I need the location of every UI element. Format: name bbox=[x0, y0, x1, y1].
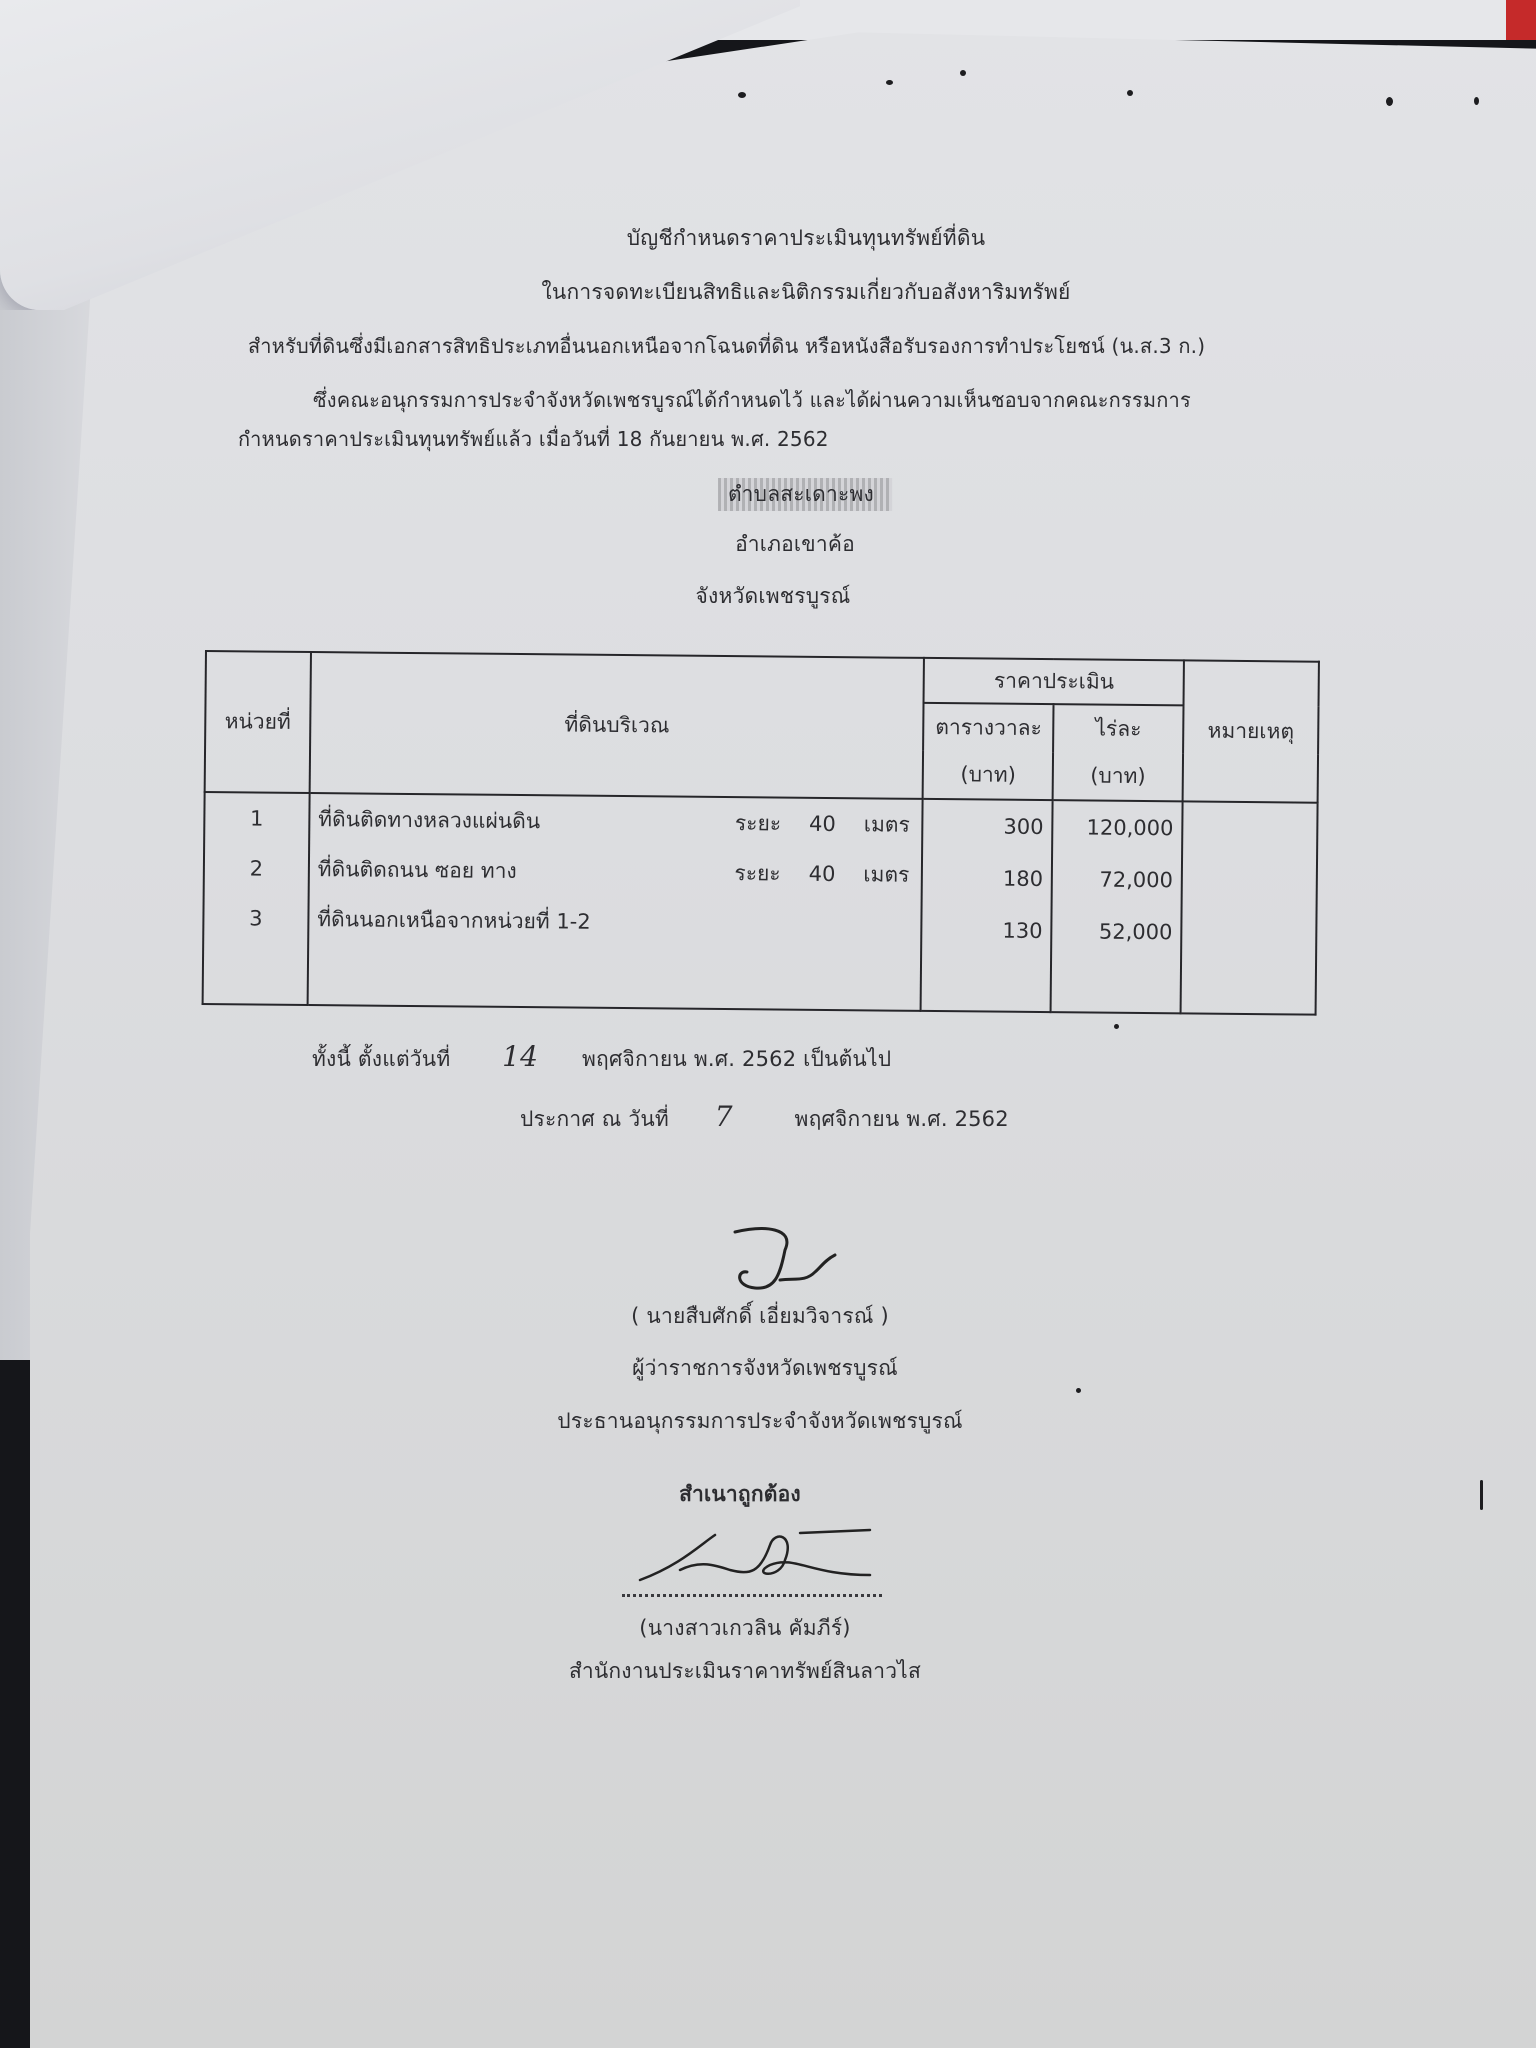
table-row-1-unit: 1 bbox=[213, 793, 300, 844]
effective-date-line: ทั้งนี้ ตั้งแต่วันที่ 14 พฤศจิกายน พ.ศ. … bbox=[312, 1040, 891, 1076]
certifier-office: สำนักงานประเมินราคาทรัพย์สินลาวไส bbox=[569, 1655, 921, 1688]
per-rai-column: 120,000 72,000 52,000 bbox=[1051, 800, 1183, 1013]
speck bbox=[886, 80, 893, 85]
signatory-position: ผู้ว่าราชการจังหวัดเพชรบูรณ์ bbox=[632, 1352, 898, 1385]
speck bbox=[1474, 97, 1479, 105]
title-line-1: บัญชีกำหนดราคาประเมินทุนทรัพย์ที่ดิน bbox=[627, 222, 986, 255]
announced-month-year: พฤศจิกายน พ.ศ. 2562 bbox=[795, 1107, 1009, 1131]
table-row: ที่ดินนอกเหนือจากหน่วยที่ 1-2 bbox=[317, 894, 913, 950]
table-row-1-remark bbox=[1191, 907, 1308, 908]
title-line-5: กำหนดราคาประเมินทุนทรัพย์แล้ว เมื่อวันที… bbox=[238, 423, 829, 455]
table-row-2-distance: 40 bbox=[808, 849, 835, 899]
table-row-1-per-rai: 120,000 bbox=[1061, 801, 1173, 854]
table-row-1-per-sq-wa: 300 bbox=[932, 800, 1044, 853]
speck bbox=[1114, 1024, 1119, 1029]
table-row-3-area: ที่ดินนอกเหนือจากหน่วยที่ 1-2 bbox=[317, 894, 591, 947]
speck bbox=[1480, 1480, 1483, 1510]
table-row-1-distance-label: ระยะ bbox=[735, 798, 782, 848]
signatory-role: ประธานอนุกรรมการประจำจังหวัดเพชรบูรณ์ bbox=[557, 1405, 962, 1438]
header-remark: หมายเหตุ bbox=[1183, 660, 1319, 802]
announced-date-line: ประกาศ ณ วันที่ 7 พฤศจิกายน พ.ศ. 2562 bbox=[520, 1100, 1009, 1136]
announced-prefix: ประกาศ ณ วันที่ bbox=[520, 1107, 669, 1131]
subdistrict: ตำบลสะเดาะพง bbox=[718, 478, 892, 511]
province: จังหวัดเพชรบูรณ์ bbox=[696, 580, 851, 613]
certified-copy-stamp: สำเนาถูกต้อง bbox=[679, 1478, 801, 1511]
header-area: ที่ดินบริเวณ bbox=[309, 652, 924, 799]
table-row-2-distance-label: ระยะ bbox=[734, 848, 781, 898]
announced-day: 7 bbox=[715, 1100, 733, 1133]
header-per-rai-unit: (บาท) bbox=[1053, 752, 1183, 801]
table-row-2-area: ที่ดินติดถนน ซอย ทาง bbox=[318, 844, 517, 896]
table-row-3-per-sq-wa: 130 bbox=[931, 904, 1043, 957]
certifier-name: (นางสาวเกวลิน คัมภีร์) bbox=[639, 1612, 850, 1645]
header-per-rai: ไร่ละ bbox=[1053, 704, 1183, 753]
valuation-table: หน่วยที่ ที่ดินบริเวณ ราคาประเมิน หมายเห… bbox=[202, 650, 1320, 1016]
title-line-3: สำหรับที่ดินซึ่งมีเอกสารสิทธิประเภทอื่นน… bbox=[248, 330, 1205, 362]
table-row-2-unit: 2 bbox=[213, 843, 300, 894]
header-unit: หน่วยที่ bbox=[205, 651, 311, 793]
area-column: ที่ดินติดทางหลวงแผ่นดิน ระยะ 40 เมตร ที่… bbox=[307, 793, 923, 1011]
certifier-signature-icon bbox=[620, 1525, 880, 1595]
signature-dotted-line bbox=[622, 1594, 882, 1597]
table-row-2-per-rai: 72,000 bbox=[1061, 853, 1173, 906]
header-per-sq-wa: ตารางวาละ bbox=[924, 703, 1054, 752]
signatory-name: ( นายสืบศักดิ์ เอี่ยมวิจารณ์ ) bbox=[631, 1300, 889, 1333]
governor-signature-icon bbox=[725, 1220, 845, 1300]
table-row-1-area: ที่ดินติดทางหลวงแผ่นดิน bbox=[318, 794, 540, 846]
speck bbox=[960, 70, 966, 76]
effective-month-year: พฤศจิกายน พ.ศ. 2562 เป็นต้นไป bbox=[582, 1047, 891, 1071]
table-row-2-per-sq-wa: 180 bbox=[931, 852, 1043, 905]
table-row-1-distance-unit: เมตร bbox=[864, 799, 910, 849]
speck bbox=[1076, 1388, 1081, 1393]
speck bbox=[738, 92, 746, 98]
table-row-3-unit: 3 bbox=[212, 893, 299, 944]
table-row-1-distance: 40 bbox=[809, 799, 836, 849]
header-per-sq-wa-unit: (บาท) bbox=[923, 751, 1053, 800]
unit-column: 1 2 3 bbox=[203, 792, 310, 1005]
effective-day: 14 bbox=[502, 1040, 538, 1073]
district: อำเภอเขาค้อ bbox=[735, 528, 855, 561]
table-row-3-per-rai: 52,000 bbox=[1060, 905, 1172, 958]
title-line-4: ซึ่งคณะอนุกรรมการประจำจังหวัดเพชรบูรณ์ได… bbox=[313, 384, 1191, 416]
speck bbox=[1127, 90, 1133, 96]
table-row-2-distance-unit: เมตร bbox=[863, 849, 909, 899]
speck bbox=[1386, 97, 1393, 106]
table-row: ที่ดินติดถนน ซอย ทาง ระยะ 40 เมตร bbox=[318, 844, 914, 900]
header-price-group: ราคาประเมิน bbox=[924, 658, 1184, 705]
title-line-2: ในการจดทะเบียนสิทธิและนิติกรรมเกี่ยวกับอ… bbox=[541, 276, 1070, 309]
remark-column bbox=[1181, 801, 1318, 1014]
table-row: ที่ดินติดทางหลวงแผ่นดิน ระยะ 40 เมตร bbox=[318, 794, 914, 850]
document-content: บัญชีกำหนดราคาประเมินทุนทรัพย์ที่ดิน ในก… bbox=[0, 0, 1536, 2048]
effective-prefix: ทั้งนี้ ตั้งแต่วันที่ bbox=[312, 1047, 450, 1071]
per-sq-wa-column: 300 180 130 bbox=[921, 799, 1053, 1012]
